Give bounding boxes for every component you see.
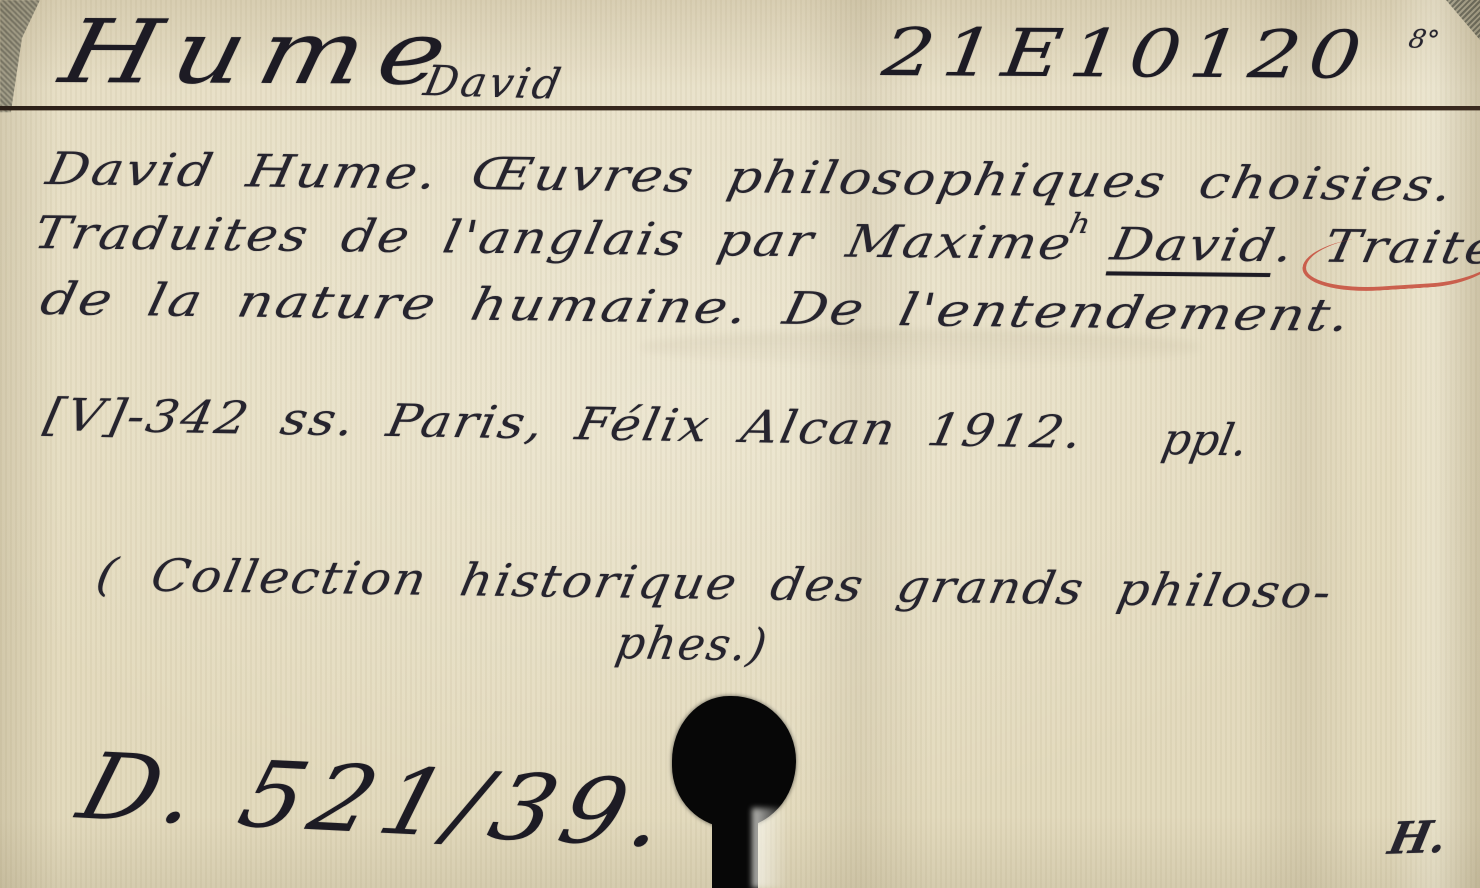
title-line-3: de la nature humaine. De l'entendement. bbox=[36, 272, 1357, 342]
scan-artifact-top-left bbox=[0, 0, 44, 112]
title-line-2-text: Traduites de l'anglais par Maxime bbox=[30, 206, 1078, 270]
scan-artifact-top-right bbox=[1446, 0, 1480, 40]
shelfmark: D. 521/39. bbox=[68, 733, 687, 868]
title-line-1: David Hume. Œuvres philosophiques choisi… bbox=[42, 142, 1459, 212]
heading-surname: Hume bbox=[52, 0, 472, 105]
series-note-line-1: ( Collection historique des grands philo… bbox=[92, 548, 1338, 619]
inserted-letter: h bbox=[1066, 207, 1096, 240]
cataloguer-initials: H. bbox=[1384, 812, 1452, 865]
series-note-line-2: phes.) bbox=[612, 616, 773, 671]
translator-surname-underlined: David bbox=[1107, 217, 1282, 272]
heading-rule bbox=[0, 106, 1480, 110]
accession-number: 21E10120 bbox=[878, 14, 1374, 94]
title-line-2: Traduites de l'anglais par MaximehDavid.… bbox=[30, 206, 1480, 274]
format-mark: 8° bbox=[1406, 24, 1442, 56]
punch-slot-tear bbox=[752, 808, 798, 888]
title-word-traite: Traité bbox=[1320, 220, 1480, 275]
binding-note: ppl. bbox=[1158, 414, 1252, 466]
catalog-card: Hume David 21E10120 8° David Hume. Œuvre… bbox=[0, 0, 1480, 888]
collation-line: [V]-342 ss. Paris, Félix Alcan 1912. bbox=[40, 388, 1089, 459]
heading-forename: David bbox=[420, 56, 568, 108]
